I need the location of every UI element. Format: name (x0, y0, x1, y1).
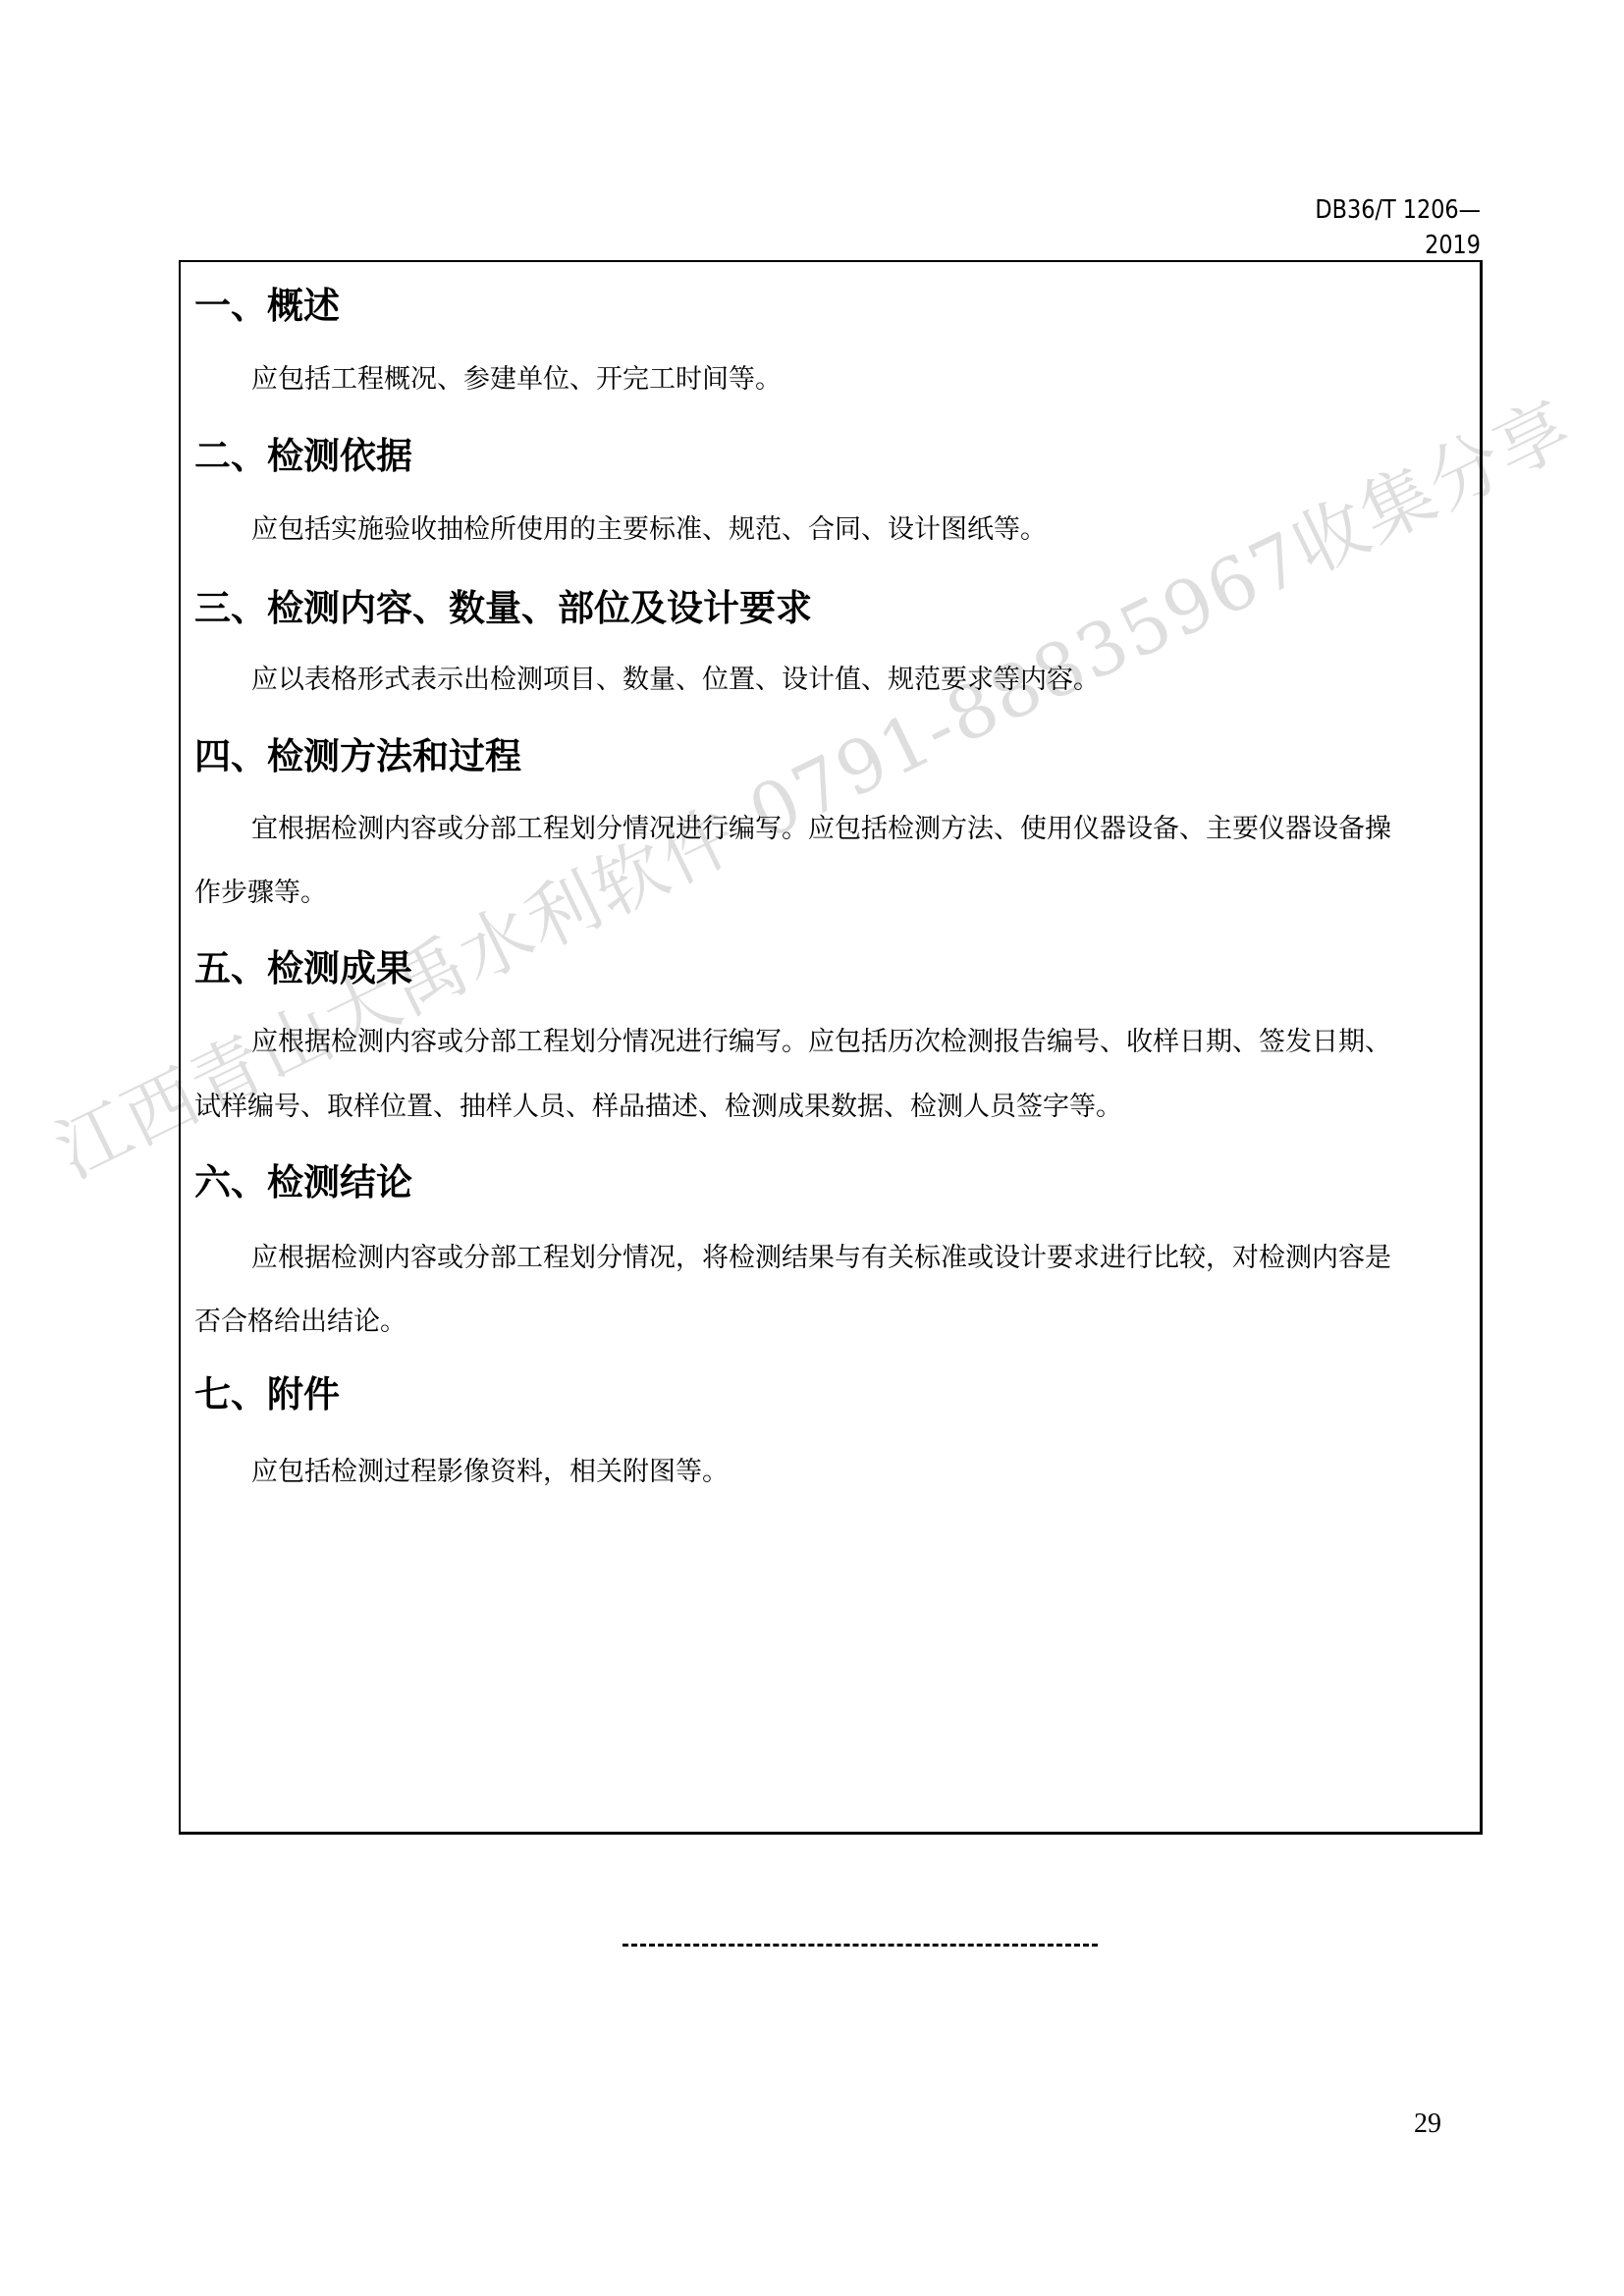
section-body-line: 应包括检测过程影像资料，相关附图等。 (251, 1453, 729, 1492)
section-heading-attachments: 七、附件 (194, 1370, 340, 1419)
page-number: 29 (1414, 2109, 1441, 2140)
section-heading-basis: 二、检测依据 (194, 432, 412, 481)
section-body-line: 应以表格形式表示出检测项目、数量、位置、设计值、规范要求等内容。 (251, 661, 1100, 700)
end-of-document-rule (623, 1944, 1098, 1947)
section-heading-results: 五、检测成果 (194, 944, 412, 993)
section-heading-content: 三、检测内容、数量、部位及设计要求 (194, 584, 812, 633)
section-heading-overview: 一、概述 (194, 282, 340, 331)
section-body-line: 作步骤等。 (194, 874, 327, 913)
section-body-line: 否合格给出结论。 (194, 1303, 406, 1342)
section-heading-method: 四、检测方法和过程 (194, 732, 521, 781)
section-body-line: 试样编号、取样位置、抽样人员、样品描述、检测成果数据、检测人员签字等。 (194, 1088, 1122, 1127)
section-body-line: 应根据检测内容或分部工程划分情况进行编写。应包括历次检测报告编号、收样日期、签发… (251, 1023, 1391, 1062)
section-heading-conclusion: 六、检测结论 (194, 1158, 412, 1207)
section-body-line: 应根据检测内容或分部工程划分情况，将检测结果与有关标准或设计要求进行比较，对检测… (251, 1239, 1391, 1278)
section-body-line: 宜根据检测内容或分部工程划分情况进行编写。应包括检测方法、使用仪器设备、主要仪器… (251, 810, 1391, 849)
section-body-line: 应包括实施验收抽检所使用的主要标准、规范、合同、设计图纸等。 (251, 510, 1047, 550)
section-body-line: 应包括工程概况、参建单位、开完工时间等。 (251, 360, 782, 400)
document-code-header: DB36/T 1206—2019 (1265, 192, 1481, 263)
